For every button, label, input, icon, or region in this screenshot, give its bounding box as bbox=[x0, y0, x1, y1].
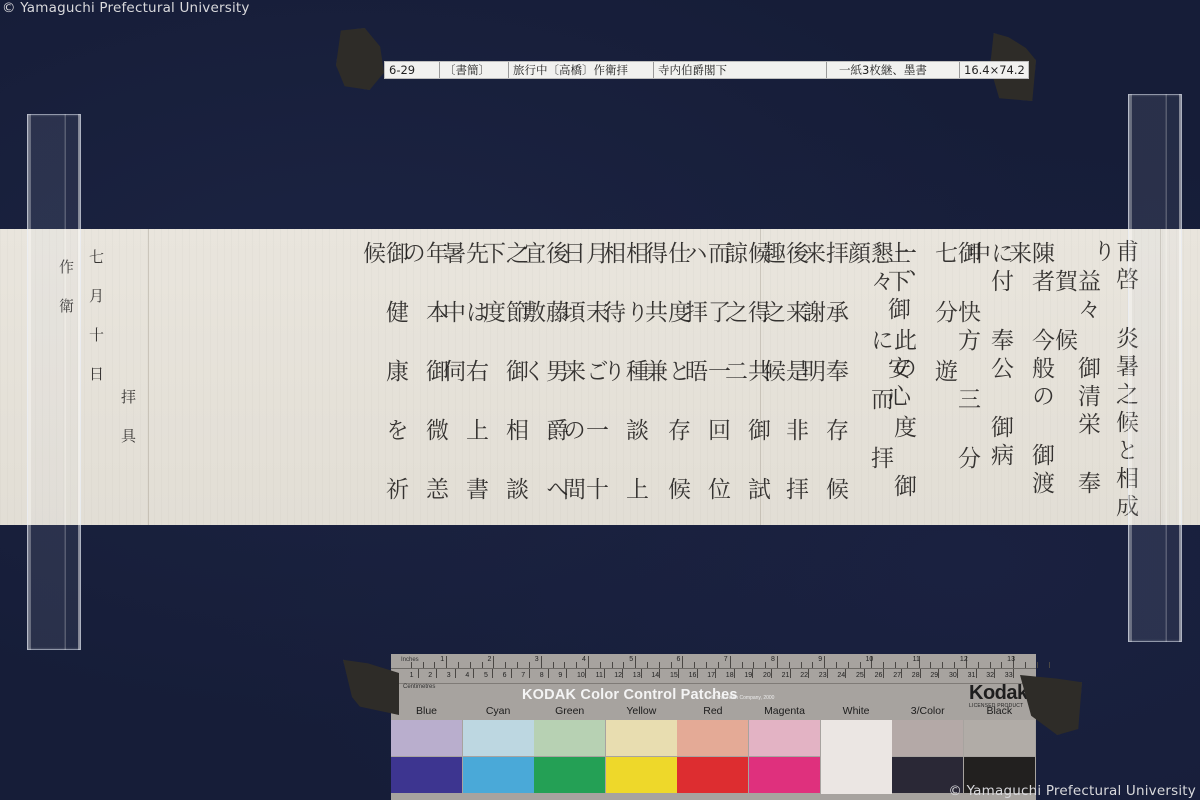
inch-tick bbox=[907, 662, 908, 668]
inch-tick bbox=[612, 662, 613, 668]
patch-light bbox=[964, 720, 1035, 756]
inch-tick bbox=[848, 662, 849, 668]
inch-number: 10 bbox=[865, 656, 873, 663]
inch-tick bbox=[458, 662, 459, 668]
patch-light bbox=[606, 720, 677, 756]
cm-number: 10 bbox=[577, 672, 585, 679]
patch-label: Green bbox=[534, 705, 605, 717]
patch-dark bbox=[677, 757, 748, 793]
card-title: KODAK Color Control Patches bbox=[522, 687, 738, 703]
inch-tick bbox=[765, 662, 766, 668]
patch-dark bbox=[463, 757, 534, 793]
inch-tick bbox=[576, 662, 577, 668]
cm-number: 20 bbox=[763, 672, 771, 679]
cm-number: 14 bbox=[651, 672, 659, 679]
copyright-watermark-top: © Yamaguchi Prefectural University bbox=[2, 0, 250, 16]
inch-tick bbox=[812, 662, 813, 668]
inch-tick bbox=[954, 662, 955, 668]
inch-tick bbox=[434, 662, 435, 668]
inch-tick bbox=[824, 656, 825, 668]
inch-tick bbox=[742, 662, 743, 668]
inch-tick bbox=[682, 656, 683, 668]
patch-label: 3/Color bbox=[892, 705, 963, 717]
inch-tick bbox=[671, 662, 672, 668]
inch-number: 12 bbox=[960, 656, 968, 663]
inch-tick bbox=[930, 662, 931, 668]
patch-dark bbox=[391, 757, 462, 793]
inch-tick bbox=[517, 662, 518, 668]
scroll-paper: 甫啓 炎暑之候と相成り益々 御清栄 奉賀 候陳者 今般の 御渡来に付 奉公 御病… bbox=[0, 229, 1200, 525]
catalog-format: 一紙3枚継、墨書 bbox=[827, 62, 960, 78]
inch-tick bbox=[706, 662, 707, 668]
inch-tick bbox=[482, 662, 483, 668]
inch-tick bbox=[883, 662, 884, 668]
inch-tick bbox=[694, 662, 695, 668]
cm-tick bbox=[771, 669, 772, 678]
patch-label: Magenta bbox=[749, 705, 820, 717]
inch-tick bbox=[659, 662, 660, 668]
cm-number: 21 bbox=[782, 672, 790, 679]
cm-number: 8 bbox=[540, 672, 544, 679]
cm-number: 26 bbox=[875, 672, 883, 679]
cm-number: 33 bbox=[1005, 672, 1013, 679]
cm-tick bbox=[752, 669, 753, 678]
calligraphy-column: 益々 御清栄 奉賀 候 bbox=[1052, 269, 1098, 525]
cm-number: 31 bbox=[968, 672, 976, 679]
cm-number: 2 bbox=[428, 672, 432, 679]
inch-tick bbox=[411, 662, 412, 668]
inch-number: 3 bbox=[535, 656, 539, 663]
patch-label: Yellow bbox=[606, 705, 677, 717]
inch-tick bbox=[635, 656, 636, 668]
cm-tick bbox=[529, 669, 530, 678]
inch-tick bbox=[860, 662, 861, 668]
inch-tick bbox=[895, 662, 896, 668]
cm-number: 13 bbox=[633, 672, 641, 679]
patch-dark bbox=[606, 757, 677, 793]
inch-number: 11 bbox=[913, 656, 920, 663]
inch-number: 13 bbox=[1007, 656, 1015, 663]
cm-tick bbox=[622, 669, 623, 678]
catalog-label: 6-29 〔書簡〕 旅行中〔高橋〕作衛拝 寺内伯爵閣下 一紙3枚継、墨書 16.… bbox=[384, 61, 1029, 79]
patch-light bbox=[391, 720, 462, 756]
fold-line bbox=[148, 229, 149, 525]
cm-tick bbox=[511, 669, 512, 678]
patch-light bbox=[892, 720, 963, 756]
cm-number: 32 bbox=[986, 672, 994, 679]
cm-tick bbox=[641, 669, 642, 678]
patch-dark bbox=[749, 757, 820, 793]
inch-tick bbox=[541, 656, 542, 668]
calligraphy-column: 御 快方 三 分 七 分 遊 bbox=[932, 241, 978, 525]
cm-tick bbox=[473, 669, 474, 678]
inch-tick bbox=[446, 656, 447, 668]
cm-number: 5 bbox=[484, 672, 488, 679]
inch-tick bbox=[588, 656, 589, 668]
cm-tick bbox=[715, 669, 716, 678]
inch-tick bbox=[600, 662, 601, 668]
cm-number: 15 bbox=[670, 672, 678, 679]
inch-number: 2 bbox=[487, 656, 491, 663]
kodak-logo: Kodak bbox=[969, 682, 1028, 705]
patch-light bbox=[749, 720, 820, 756]
inch-tick bbox=[505, 662, 506, 668]
cm-tick bbox=[976, 669, 977, 678]
inch-number: 7 bbox=[724, 656, 728, 663]
patch-labels: BlueCyanGreenYellowRedMagentaWhite3/Colo… bbox=[391, 705, 1036, 719]
inch-tick bbox=[777, 656, 778, 668]
cm-tick bbox=[790, 669, 791, 678]
cm-number: 18 bbox=[726, 672, 734, 679]
inch-number: 8 bbox=[771, 656, 775, 663]
cm-tick bbox=[957, 669, 958, 678]
patch-label: Black bbox=[964, 705, 1035, 717]
inch-tick bbox=[718, 662, 719, 668]
inch-tick bbox=[942, 662, 943, 668]
cm-number: 12 bbox=[614, 672, 622, 679]
catalog-type: 〔書簡〕 bbox=[440, 62, 509, 78]
cm-tick bbox=[901, 669, 902, 678]
patch-light bbox=[534, 720, 605, 756]
calligraphy-column: 仕 度 と 存 候 得 共 兼 bbox=[642, 241, 688, 525]
cm-number: 7 bbox=[521, 672, 525, 679]
patch-light bbox=[463, 720, 534, 756]
catalog-id: 6-29 bbox=[385, 62, 440, 78]
acrylic-weight-left bbox=[27, 114, 81, 650]
patch-label: Blue bbox=[391, 705, 462, 717]
cm-number: 6 bbox=[503, 672, 507, 679]
inch-tick bbox=[836, 662, 837, 668]
acrylic-weight-right bbox=[1128, 94, 1182, 642]
cm-tick bbox=[604, 669, 605, 678]
cm-tick bbox=[845, 669, 846, 678]
ruler: Inches 123456789101112131415161718192021… bbox=[391, 654, 1036, 684]
cm-number: 11 bbox=[596, 672, 603, 679]
calligraphy-column: 御 健 康 を 祈 候 bbox=[360, 241, 406, 525]
inch-tick bbox=[564, 662, 565, 668]
patch-white bbox=[821, 720, 892, 794]
cm-tick bbox=[864, 669, 865, 678]
cm-number: 17 bbox=[707, 672, 715, 679]
cm-tick bbox=[808, 669, 809, 678]
inch-tick bbox=[553, 662, 554, 668]
patch-light bbox=[677, 720, 748, 756]
cm-number: 27 bbox=[893, 672, 901, 679]
kodak-color-card: Inches 123456789101112131415161718192021… bbox=[391, 654, 1036, 800]
patch-dark bbox=[534, 757, 605, 793]
cm-tick bbox=[566, 669, 567, 678]
cm-number: 24 bbox=[837, 672, 845, 679]
cm-number: 9 bbox=[558, 672, 562, 679]
inch-number: 5 bbox=[629, 656, 633, 663]
catalog-addressee: 寺内伯爵閣下 bbox=[654, 62, 827, 78]
patch-label: White bbox=[821, 705, 892, 717]
inch-tick bbox=[978, 662, 979, 668]
calligraphy-column: 七 月 十 日 bbox=[88, 249, 103, 384]
cm-number: 29 bbox=[930, 672, 938, 679]
inch-tick bbox=[753, 662, 754, 668]
cm-number: 3 bbox=[447, 672, 451, 679]
cm-number: 16 bbox=[689, 672, 697, 679]
cm-tick bbox=[1013, 669, 1014, 678]
cm-tick bbox=[455, 669, 456, 678]
inch-tick bbox=[1037, 662, 1038, 668]
tape-piece bbox=[336, 28, 384, 90]
inch-number: 4 bbox=[582, 656, 586, 663]
cm-tick bbox=[994, 669, 995, 678]
copyright-watermark-bottom: © Yamaguchi Prefectural University bbox=[948, 783, 1196, 799]
inch-tick bbox=[529, 662, 530, 668]
card-copyright: © The Tiffen Company, 2000 bbox=[711, 695, 774, 701]
cm-tick bbox=[548, 669, 549, 678]
catalog-size: 16.4×74.2 bbox=[960, 62, 1028, 78]
patch-label: Cyan bbox=[463, 705, 534, 717]
inch-tick bbox=[647, 662, 648, 668]
cm-tick bbox=[734, 669, 735, 678]
inch-tick bbox=[1001, 662, 1002, 668]
calligraphy-column: 一、 此の 度 御 懇々 に 而 拝 顔 bbox=[845, 241, 914, 525]
patch-label: Red bbox=[677, 705, 748, 717]
cm-tick bbox=[678, 669, 679, 678]
inch-number: 6 bbox=[676, 656, 680, 663]
inch-tick bbox=[990, 662, 991, 668]
cm-tick bbox=[492, 669, 493, 678]
cm-number: 28 bbox=[912, 672, 920, 679]
catalog-title: 旅行中〔高橋〕作衛拝 bbox=[509, 62, 654, 78]
cm-tick bbox=[436, 669, 437, 678]
cm-number: 23 bbox=[819, 672, 827, 679]
cm-number: 4 bbox=[465, 672, 469, 679]
cm-number: 22 bbox=[800, 672, 808, 679]
inch-tick bbox=[789, 662, 790, 668]
inch-tick bbox=[493, 656, 494, 668]
inch-number: 9 bbox=[818, 656, 822, 663]
cm-tick bbox=[418, 669, 419, 678]
cm-number: 19 bbox=[744, 672, 752, 679]
inch-tick bbox=[1025, 662, 1026, 668]
cm-number: 1 bbox=[410, 672, 414, 679]
cm-tick bbox=[585, 669, 586, 678]
cm-number: 25 bbox=[856, 672, 864, 679]
inch-tick bbox=[470, 662, 471, 668]
inch-tick bbox=[801, 662, 802, 668]
centimetres-label: Centimetres bbox=[403, 684, 435, 690]
inch-tick bbox=[623, 662, 624, 668]
cm-tick bbox=[883, 669, 884, 678]
inch-number: 1 bbox=[440, 656, 444, 663]
calligraphy-column: 拝 具 bbox=[120, 389, 135, 446]
cm-tick bbox=[697, 669, 698, 678]
inch-tick bbox=[730, 656, 731, 668]
cm-tick bbox=[659, 669, 660, 678]
cm-number: 30 bbox=[949, 672, 957, 679]
cm-tick bbox=[938, 669, 939, 678]
cm-tick bbox=[827, 669, 828, 678]
inch-tick bbox=[423, 662, 424, 668]
cm-tick bbox=[920, 669, 921, 678]
inch-tick bbox=[1049, 662, 1050, 668]
color-patches bbox=[391, 720, 1036, 800]
